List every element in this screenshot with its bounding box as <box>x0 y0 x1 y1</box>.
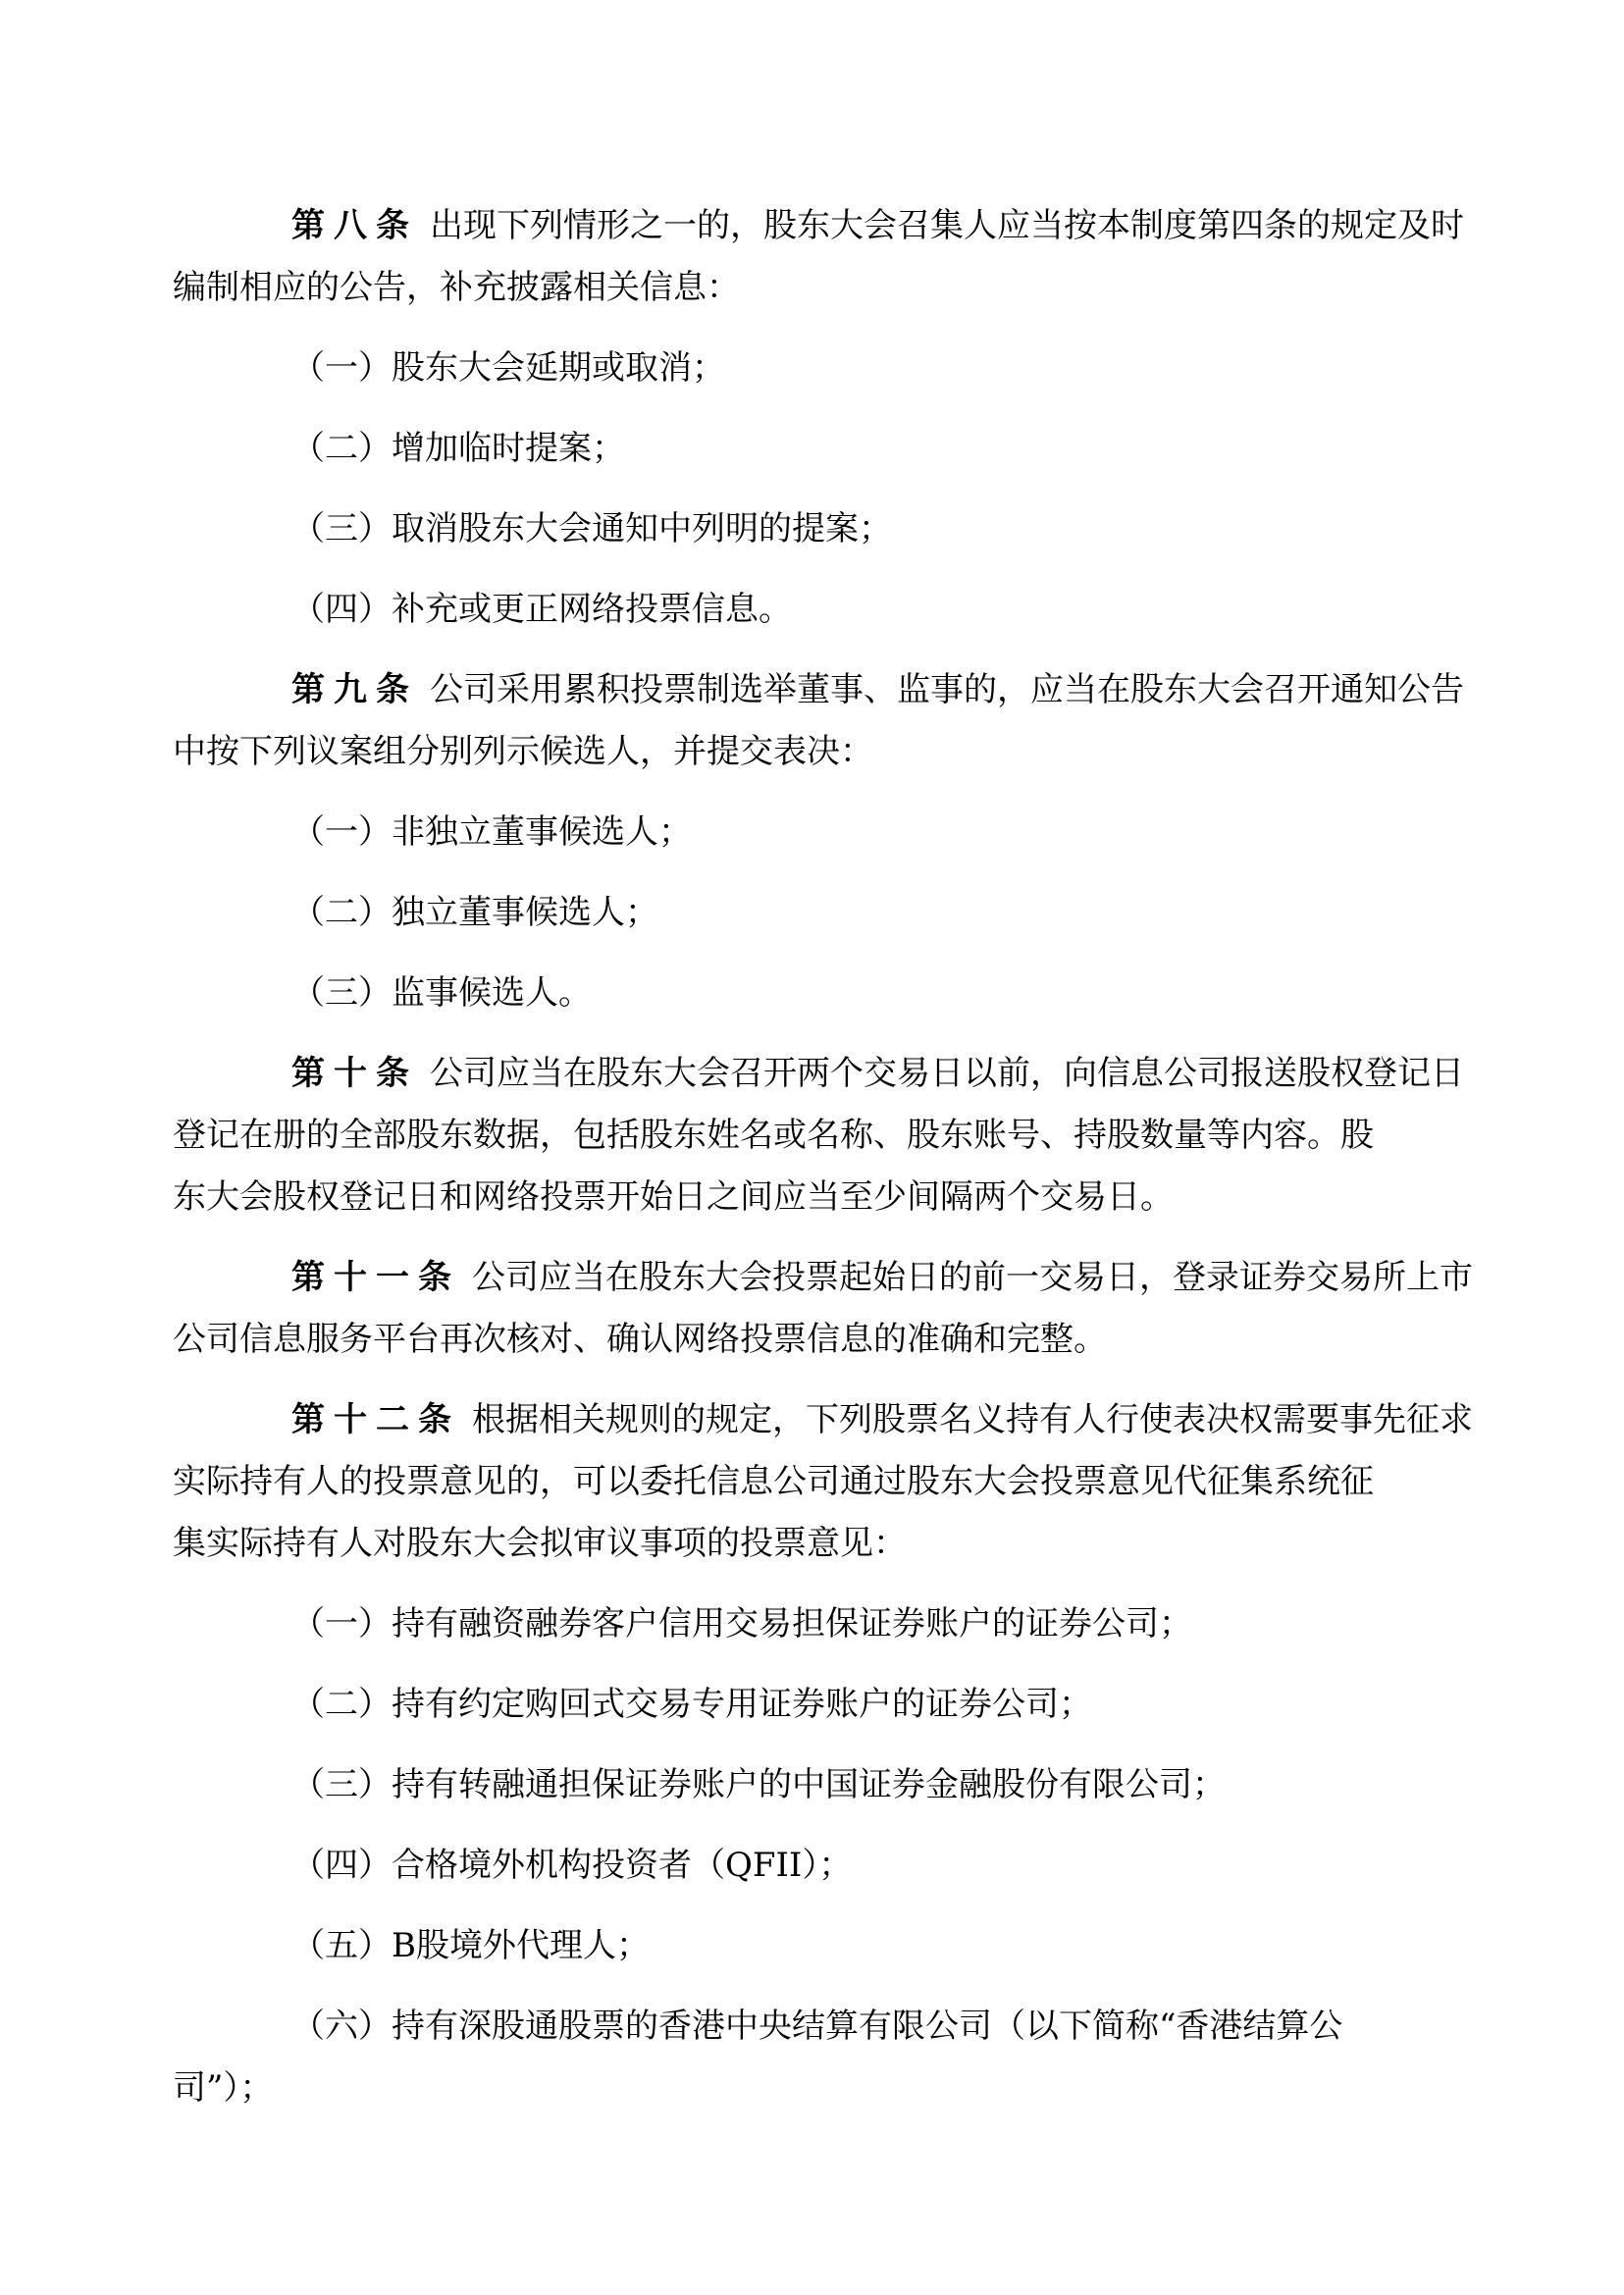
article-text: 出现下列情形之一的，股东大会召集人应当按本制度第四条的规定及时 <box>430 206 1464 245</box>
article-text: 公司应当在股东大会投票起始日的前一交易日，登录证券交易所上市 <box>472 1258 1473 1297</box>
article-text: 根据相关规则的规定，下列股票名义持有人行使表决权需要事先征求 <box>472 1400 1473 1439</box>
article-text: 公司采用累积投票制选举董事、监事的，应当在股东大会召开通知公告 <box>430 670 1464 709</box>
list-item-paragraph: （六）持有深股通股票的香港中央结算有限公司（以下简称“香港结算公司”）； <box>173 1996 1462 2119</box>
text-line: （六）持有深股通股票的香港中央结算有限公司（以下简称“香港结算公 <box>173 1996 1462 2058</box>
list-item-paragraph: （二）增加临时提案； <box>173 418 1462 480</box>
text-line: 公司信息服务平台再次核对、确认网络投票信息的准确和完整。 <box>173 1309 1462 1371</box>
article-paragraph: 第八条出现下列情形之一的，股东大会召集人应当按本制度第四条的规定及时编制相应的公… <box>173 195 1462 319</box>
list-item-paragraph: （三）取消股东大会通知中列明的提案； <box>173 498 1462 560</box>
text-line: （一）股东大会延期或取消； <box>173 338 1462 399</box>
text-line: 实际持有人的投票意见的，可以委托信息公司通过股东大会投票意见代征集系统征 <box>173 1451 1462 1513</box>
list-item-paragraph: （三）监事候选人。 <box>173 963 1462 1024</box>
article-paragraph: 第九条公司采用累积投票制选举董事、监事的，应当在股东大会召开通知公告中按下列议案… <box>173 659 1462 783</box>
list-item-paragraph: （一）股东大会延期或取消； <box>173 338 1462 399</box>
text-line: （二）持有约定购回式交易专用证券账户的证券公司； <box>173 1674 1462 1736</box>
list-item-paragraph: （二）独立董事候选人； <box>173 882 1462 944</box>
list-item-paragraph: （五）B股境外代理人； <box>173 1915 1462 1977</box>
article-number: 第十二条 <box>291 1400 460 1439</box>
text-line: （四）合格境外机构投资者（QFII）； <box>173 1835 1462 1897</box>
article-number: 第十一条 <box>291 1258 460 1297</box>
text-line: （二）增加临时提案； <box>173 418 1462 480</box>
list-item-paragraph: （二）持有约定购回式交易专用证券账户的证券公司； <box>173 1674 1462 1736</box>
text-line: （三）监事候选人。 <box>173 963 1462 1024</box>
text-line: 中按下列议案组分别列示候选人，并提交表决： <box>173 721 1462 783</box>
text-line: 东大会股权登记日和网络投票开始日之间应当至少间隔两个交易日。 <box>173 1167 1462 1228</box>
text-line: 第十二条根据相关规则的规定，下列股票名义持有人行使表决权需要事先征求 <box>173 1389 1462 1451</box>
text-line: （五）B股境外代理人； <box>173 1915 1462 1977</box>
article-number: 第十条 <box>291 1054 418 1093</box>
text-line: 集实际持有人对股东大会拟审议事项的投票意见： <box>173 1513 1462 1575</box>
text-line: （三）取消股东大会通知中列明的提案； <box>173 498 1462 560</box>
list-item-paragraph: （一）持有融资融券客户信用交易担保证券账户的证券公司； <box>173 1593 1462 1655</box>
text-line: 第十条公司应当在股东大会召开两个交易日以前，向信息公司报送股权登记日 <box>173 1043 1462 1105</box>
document-page: 第八条出现下列情形之一的，股东大会召集人应当按本制度第四条的规定及时编制相应的公… <box>0 0 1624 2295</box>
text-line: （二）独立董事候选人； <box>173 882 1462 944</box>
text-line: （一）持有融资融券客户信用交易担保证券账户的证券公司； <box>173 1593 1462 1655</box>
text-line: （四）补充或更正网络投票信息。 <box>173 579 1462 641</box>
text-line: 第九条公司采用累积投票制选举董事、监事的，应当在股东大会召开通知公告 <box>173 659 1462 721</box>
article-paragraph: 第十二条根据相关规则的规定，下列股票名义持有人行使表决权需要事先征求实际持有人的… <box>173 1389 1462 1575</box>
text-line: （三）持有转融通担保证券账户的中国证券金融股份有限公司； <box>173 1754 1462 1816</box>
list-item-paragraph: （一）非独立董事候选人； <box>173 802 1462 863</box>
text-line: 登记在册的全部股东数据，包括股东姓名或名称、股东账号、持股数量等内容。股 <box>173 1105 1462 1167</box>
text-line: 编制相应的公告，补充披露相关信息： <box>173 257 1462 319</box>
text-line: 第十一条公司应当在股东大会投票起始日的前一交易日，登录证券交易所上市 <box>173 1247 1462 1309</box>
document-content: 第八条出现下列情形之一的，股东大会召集人应当按本制度第四条的规定及时编制相应的公… <box>173 195 1462 2138</box>
text-line: （一）非独立董事候选人； <box>173 802 1462 863</box>
text-line: 司”）； <box>173 2058 1462 2119</box>
article-paragraph: 第十条公司应当在股东大会召开两个交易日以前，向信息公司报送股权登记日登记在册的全… <box>173 1043 1462 1228</box>
article-number: 第九条 <box>291 670 418 709</box>
text-line: 第八条出现下列情形之一的，股东大会召集人应当按本制度第四条的规定及时 <box>173 195 1462 257</box>
article-number: 第八条 <box>291 206 418 245</box>
article-paragraph: 第十一条公司应当在股东大会投票起始日的前一交易日，登录证券交易所上市公司信息服务… <box>173 1247 1462 1371</box>
list-item-paragraph: （四）补充或更正网络投票信息。 <box>173 579 1462 641</box>
list-item-paragraph: （三）持有转融通担保证券账户的中国证券金融股份有限公司； <box>173 1754 1462 1816</box>
article-text: 公司应当在股东大会召开两个交易日以前，向信息公司报送股权登记日 <box>430 1054 1464 1093</box>
list-item-paragraph: （四）合格境外机构投资者（QFII）； <box>173 1835 1462 1897</box>
